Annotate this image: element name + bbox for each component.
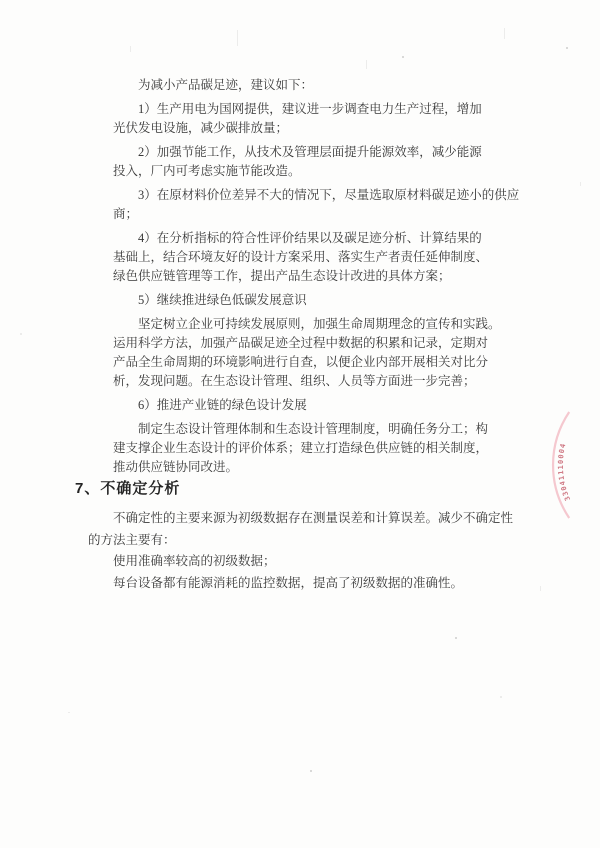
scan-artifact — [566, 47, 568, 49]
intro-paragraph: 为减小产品碳足迹，建议如下： — [113, 76, 537, 95]
scan-artifact — [402, 56, 404, 58]
stamp-number-text: 33041110004 — [557, 442, 572, 502]
scan-artifact — [455, 637, 457, 639]
section-7-heading: 7、不确定分析 — [75, 478, 180, 500]
document-body: 为减小产品碳足迹，建议如下： 1）生产用电为国网提供，建议进一步调查电力生产过程… — [113, 76, 537, 482]
recommendation-3: 3）在原材料价位差异不大的情况下，尽量选取原材料碳足迹小的供应 商； — [113, 186, 537, 224]
official-stamp-partial: 33041110004 — [538, 398, 600, 528]
section-7-body: 不确定性的主要来源为初级数据存在测量误差和计算误差。减少不确定性 的方法主要有：… — [88, 508, 533, 594]
scan-artifact — [500, 696, 502, 698]
recommendation-6-title: 6）推进产业链的绿色设计发展 — [113, 396, 537, 415]
recommendation-2: 2）加强节能工作，从技术及管理层面提升能源效率，减少能源 投入，厂内可考虑实施节… — [113, 143, 537, 181]
scan-artifact — [366, 60, 367, 69]
scan-artifact — [20, 333, 22, 335]
scan-artifact — [310, 770, 312, 772]
recommendation-4: 4）在分析指标的符合性评价结果以及碳足迹分析、计算结果的 基础上，结合环境友好的… — [113, 229, 537, 286]
uncertainty-intro: 不确定性的主要来源为初级数据存在测量误差和计算误差。减少不确定性 的方法主要有： — [88, 508, 533, 551]
scan-artifact — [504, 28, 505, 39]
stamp-number: 33041110004 — [557, 442, 572, 502]
uncertainty-method-1: 使用准确率较高的初级数据； — [88, 551, 533, 573]
uncertainty-method-2: 每台设备都有能源消耗的监控数据，提高了初级数据的准确性。 — [88, 573, 533, 595]
recommendation-5-body: 坚定树立企业可持续发展原则，加强生命周期理念的宣传和实践。 运用科学方法，加强产… — [113, 315, 537, 391]
scan-artifact — [237, 30, 238, 46]
recommendation-6-body: 制定生态设计管理体制和生态设计管理制度，明确任务分工；构 建支撑企业生态设计的评… — [113, 420, 537, 477]
scan-artifact — [580, 182, 581, 186]
scan-artifact — [540, 586, 541, 591]
recommendation-1: 1）生产用电为国网提供，建议进一步调查电力生产过程，增加 光伏发电设施，减少碳排… — [113, 100, 537, 138]
scanned-document-page: 为减小产品碳足迹，建议如下： 1）生产用电为国网提供，建议进一步调查电力生产过程… — [0, 0, 600, 848]
recommendation-5-title: 5）继续推进绿色低碳发展意识 — [113, 291, 537, 310]
scan-artifact — [130, 46, 131, 52]
scan-artifact — [68, 712, 70, 713]
